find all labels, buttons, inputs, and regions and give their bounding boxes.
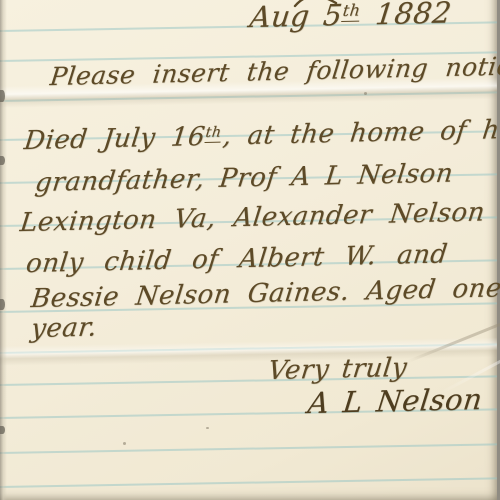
- paper-speck: [123, 442, 126, 445]
- notice-line-5: Bessie Nelson Gaines. Aged one: [29, 273, 500, 314]
- ruled-line: [0, 443, 497, 453]
- signature: A L Nelson: [306, 382, 484, 420]
- notice-line-1-ordinal: th: [204, 125, 222, 143]
- ruled-line: [0, 477, 497, 487]
- notice-line-2: grandfather, Prof A L Nelson: [33, 159, 454, 199]
- paper-speck: [364, 92, 367, 95]
- date-year: 1882: [374, 0, 454, 31]
- date-line: Aug 5th 1882: [248, 0, 454, 34]
- date-month-day: Aug 5: [248, 0, 344, 34]
- notice-line-1-post: , at the home of his: [221, 115, 500, 152]
- torn-edge-nub: [0, 90, 5, 102]
- notice-line-4: only child of Albert W. and: [24, 239, 449, 279]
- notice-line-1: Died July 16th, at the home of his: [22, 115, 500, 156]
- paper-sheet: Aug 5th 1882 Please insert the following…: [0, 0, 497, 500]
- ruled-line: [0, 91, 497, 101]
- torn-edge: [0, 0, 7, 500]
- torn-edge-nub: [0, 426, 5, 434]
- fold-crease-diagonal: [407, 317, 500, 363]
- notice-line-1-pre: Died July 16: [22, 122, 206, 156]
- ruled-line: [0, 343, 497, 353]
- letter-photo: Aug 5th 1882 Please insert the following…: [0, 0, 500, 500]
- closing-line: Very truly: [266, 353, 408, 386]
- notice-line-6: year.: [29, 313, 98, 345]
- paper-speck: [206, 427, 209, 429]
- date-ordinal: th: [341, 1, 361, 22]
- torn-edge-nub: [0, 156, 5, 165]
- torn-edge-nub: [0, 299, 5, 310]
- notice-line-3: Lexington Va, Alexander Nelson: [18, 197, 486, 238]
